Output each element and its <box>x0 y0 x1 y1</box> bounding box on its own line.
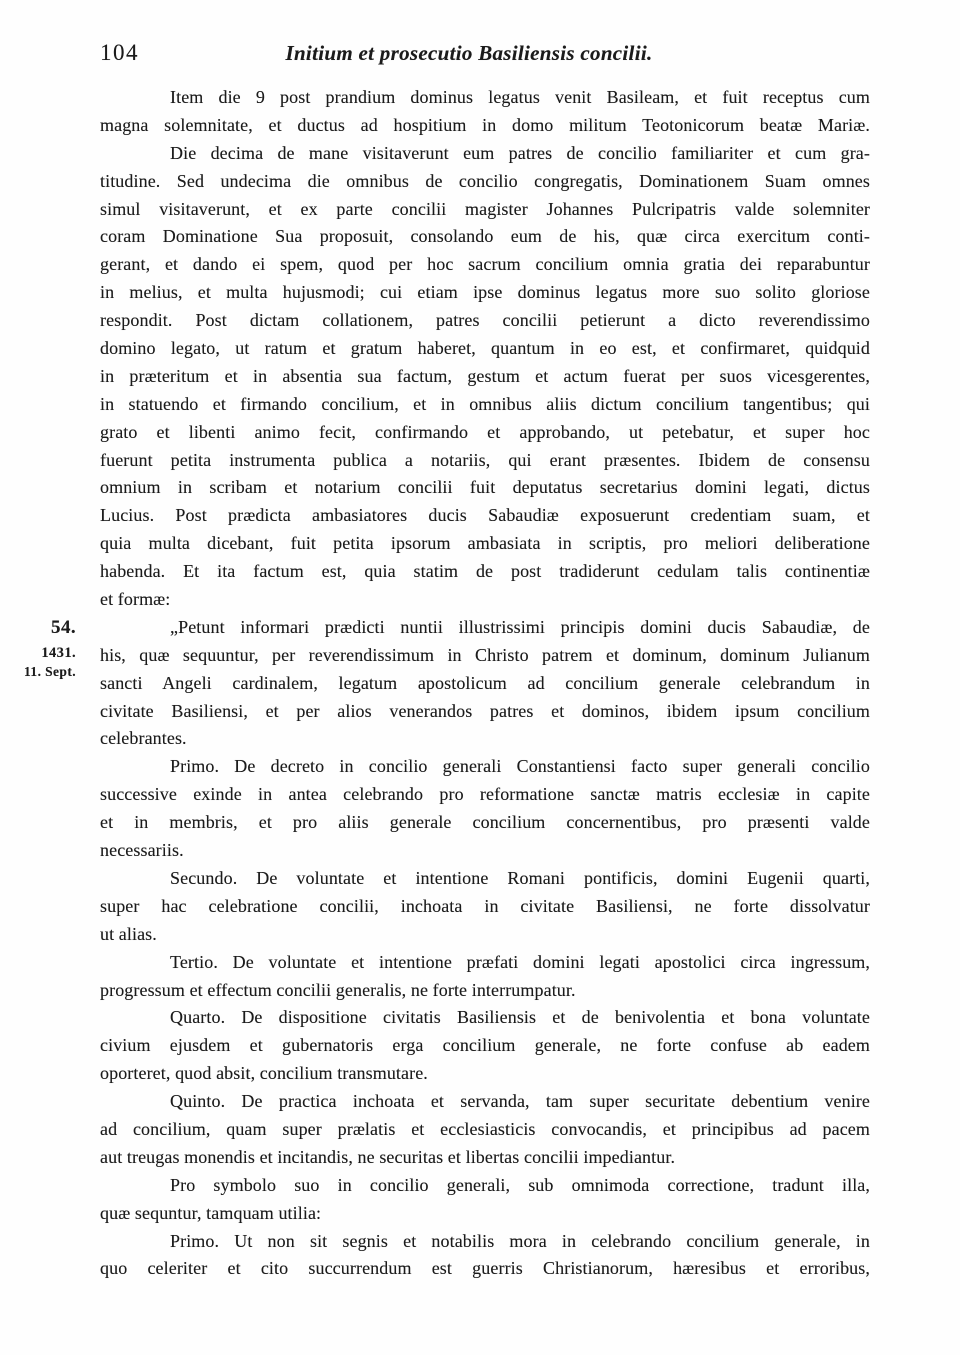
page-header: 104 Initium et prosecutio Basiliensis co… <box>100 40 870 74</box>
text-line: coram Dominatione Sua proposuit, consola… <box>100 223 870 251</box>
running-title: Initium et prosecutio Basiliensis concil… <box>84 41 854 66</box>
text-line: civitate Basiliensi, et per alios venera… <box>100 698 870 726</box>
text-line: progressum et effectum concilii generali… <box>100 977 870 1005</box>
paragraph: Pro symbolo suo in concilio generali, su… <box>100 1172 870 1228</box>
text-line: respondit. Post dictam collationem, patr… <box>100 307 870 335</box>
text-line: Quarto. De dispositione civitatis Basili… <box>100 1004 870 1032</box>
book-page: 104 Initium et prosecutio Basiliensis co… <box>0 0 960 1355</box>
text-line: aut treugas monendis et incitandis, ne s… <box>100 1144 870 1172</box>
text-line: et in membris, et pro aliis generale con… <box>100 809 870 837</box>
paragraph: Quarto. De dispositione civitatis Basili… <box>100 1004 870 1088</box>
text-line: Die decima de mane visitaverunt eum patr… <box>100 140 870 168</box>
text-line: Quinto. De practica inchoata et servanda… <box>100 1088 870 1116</box>
paragraph: Tertio. De voluntate et intentione præfa… <box>100 949 870 1005</box>
text-line: sancti Angeli cardinalem, legatum aposto… <box>100 670 870 698</box>
text-line: Pro symbolo suo in concilio generali, su… <box>100 1172 870 1200</box>
text-line: Lucius. Post prædicta ambasiatores ducis… <box>100 502 870 530</box>
text-line: in statuendo et firmando concilium, et i… <box>100 391 870 419</box>
paragraph: Primo. De decreto in concilio generali C… <box>100 753 870 865</box>
text-line: et formæ: <box>100 586 870 614</box>
text-line: Item die 9 post prandium dominus legatus… <box>100 84 870 112</box>
paragraph: Secundo. De voluntate et intentione Roma… <box>100 865 870 949</box>
text-line: quia multa dicebant, fuit petita ipsorum… <box>100 530 870 558</box>
text-line: Tertio. De voluntate et intentione præfa… <box>100 949 870 977</box>
text-line: necessariis. <box>100 837 870 865</box>
text-line: in præteritum et in absentia sua factum,… <box>100 363 870 391</box>
text-line: Primo. De decreto in concilio generali C… <box>100 753 870 781</box>
text-line: his, quæ sequuntur, per reverendissimum … <box>100 642 870 670</box>
text-line: quæ sequntur, tamquam utilia: <box>100 1200 870 1228</box>
paragraph: Die decima de mane visitaverunt eum patr… <box>100 140 870 614</box>
text-line: gerant, et dando ei spem, quod per hoc s… <box>100 251 870 279</box>
paragraph: Primo. Ut non sit segnis et notabilis mo… <box>100 1228 870 1284</box>
text-line: Primo. Ut non sit segnis et notabilis mo… <box>100 1228 870 1256</box>
paragraph: Quinto. De practica inchoata et servanda… <box>100 1088 870 1172</box>
text-line: „Petunt informari prædicti nuntii illust… <box>100 614 870 642</box>
text-block: Item die 9 post prandium dominus legatus… <box>100 84 870 1283</box>
text-line: magna solemnitate, et ductus ad hospitiu… <box>100 112 870 140</box>
text-line: oporteret, quod absit, concilium transmu… <box>100 1060 870 1088</box>
margin-note-date: 11. Sept. <box>0 664 76 680</box>
text-line: civium ejusdem et gubernatoris erga conc… <box>100 1032 870 1060</box>
text-line: habenda. Et ita factum est, quia statim … <box>100 558 870 586</box>
text-line: celebrantes. <box>100 725 870 753</box>
paragraph: „Petunt informari prædicti nuntii illust… <box>100 614 870 753</box>
text-line: quo celeriter et cito succurrendum est g… <box>100 1255 870 1283</box>
text-line: in melius, et multa hujusmodi; cui etiam… <box>100 279 870 307</box>
paragraph: Item die 9 post prandium dominus legatus… <box>100 84 870 140</box>
text-line: grato et libenti animo fecit, confirmand… <box>100 419 870 447</box>
text-line: fuerunt petita instrumenta publica a not… <box>100 447 870 475</box>
text-line: titudine. Sed undecima die omnibus de co… <box>100 168 870 196</box>
text-line: ad concilium, quam super prælatis et ecc… <box>100 1116 870 1144</box>
text-line: successive exinde in antea celebrando pr… <box>100 781 870 809</box>
text-line: ut alias. <box>100 921 870 949</box>
text-line: omnium in scribam et notarium concilii f… <box>100 474 870 502</box>
margin-note-year: 1431. <box>0 645 76 662</box>
text-line: domino legato, ut ratum et gratum habere… <box>100 335 870 363</box>
margin-note-section-number: 54. <box>0 617 76 639</box>
text-line: Secundo. De voluntate et intentione Roma… <box>100 865 870 893</box>
text-line: super hac celebratione concilii, inchoat… <box>100 893 870 921</box>
text-line: simul visitaverunt, et ex parte concilii… <box>100 196 870 224</box>
